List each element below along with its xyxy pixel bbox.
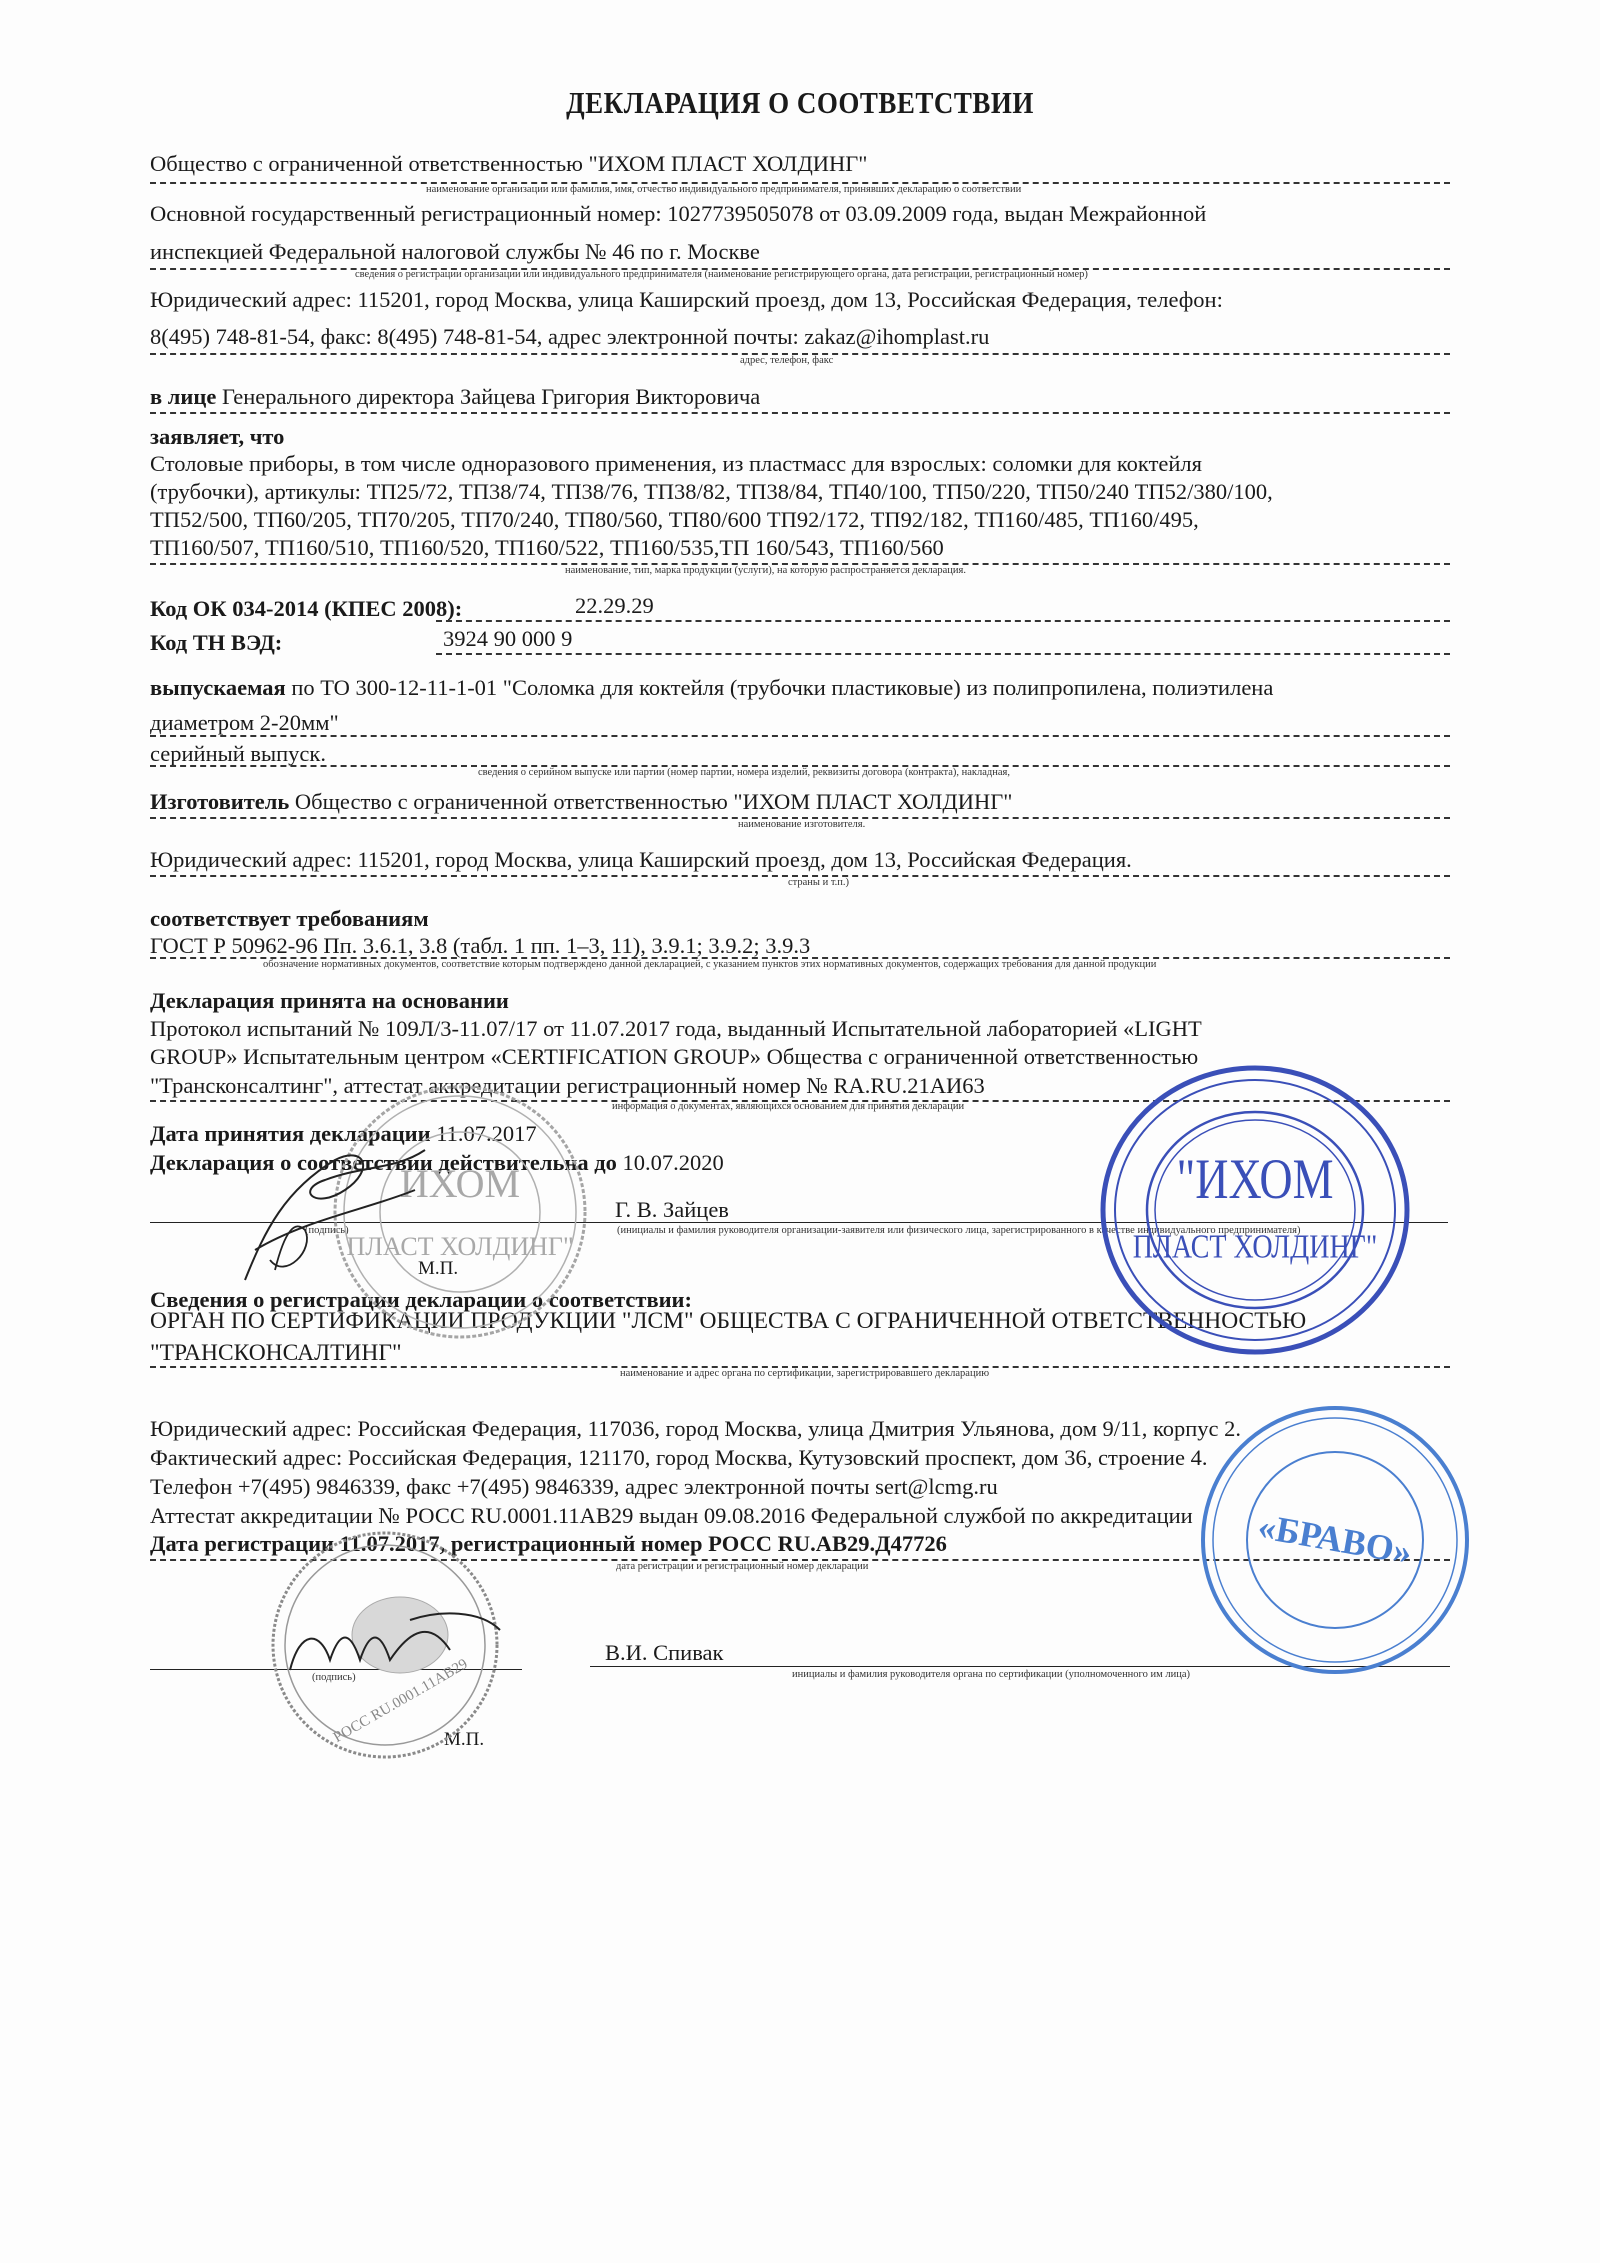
represented-by: Генерального директора Зайцева Григория …: [222, 384, 760, 409]
applicant-address-caption: адрес, телефон, факс: [740, 354, 833, 367]
applicant-registration-caption: сведения о регистрации организации или и…: [355, 268, 1088, 281]
conformity-caption: обозначение нормативных документов, соот…: [263, 958, 1156, 971]
code-ok-label: Код ОК 034-2014 (КПЕС 2008):: [150, 596, 462, 621]
product-line-4: ТП160/507, ТП160/510, ТП160/520, ТП160/5…: [150, 531, 1450, 565]
ihom-stamp-top: "ИХОМ: [1095, 1145, 1415, 1211]
serial-caption: сведения о серийном выпуске или партии (…: [478, 766, 1010, 779]
represented-rule: [150, 412, 1450, 414]
applicant-name-caption: наименование организации или фамилия, им…: [426, 183, 1021, 196]
body-signatory-caption: инициалы и фамилия руководителя органа п…: [792, 1668, 1190, 1681]
body-signatory-name: В.И. Спивак: [605, 1636, 723, 1670]
represented-label: в лице: [150, 384, 216, 409]
basis-caption: информация о документах, являющихся осно…: [612, 1100, 964, 1113]
applicant-registration-line1: Основной государственный регистрационный…: [150, 197, 1450, 231]
declaration-page: ДЕКЛАРАЦИЯ О СООТВЕТСТВИИ Общество с огр…: [0, 0, 1600, 2263]
produced-spec: по ТО 300-12-11-1-01 "Соломка для коктей…: [291, 675, 1273, 700]
applicant-name: Общество с ограниченной ответственностью…: [150, 147, 1450, 181]
valid-value: 10.07.2020: [623, 1150, 724, 1175]
manufacturer-address-caption: страны и т.п.): [788, 876, 849, 889]
manufacturer-name: Общество с ограниченной ответственностью…: [295, 789, 1012, 814]
document-title: ДЕКЛАРАЦИЯ О СООТВЕТСТВИИ: [0, 86, 1600, 121]
applicant-represented: в лице Генерального директора Зайцева Гр…: [150, 380, 1450, 414]
body-signature-icon: [280, 1590, 520, 1680]
code-ok-rule: [436, 620, 1450, 622]
applicant-signature-icon: [225, 1130, 445, 1290]
code-tnved-label: Код ТН ВЭД:: [150, 630, 282, 655]
code-tnved-rule: [436, 653, 1450, 655]
applicant-registration-line2: инспекцией Федеральной налоговой службы …: [150, 235, 1450, 269]
code-ok-value: 22.29.29: [575, 589, 654, 623]
produced-label: выпускаемая: [150, 675, 286, 700]
ihom-stamp: "ИХОМ ПЛАСТ ХОЛДИНГ": [1095, 1060, 1415, 1360]
produced-line1: выпускаемая по ТО 300-12-11-1-01 "Соломк…: [150, 671, 1450, 705]
manufacturer-row: Изготовитель Общество с ограниченной отв…: [150, 785, 1450, 819]
manufacturer-label: Изготовитель: [150, 789, 289, 814]
registration-date-caption: дата регистрации и регистрационный номер…: [616, 1560, 868, 1573]
applicant-address-line2: 8(495) 748-81-54, факс: 8(495) 748-81-54…: [150, 320, 1450, 354]
ihom-stamp-bottom: ПЛАСТ ХОЛДИНГ": [1095, 1229, 1415, 1267]
applicant-address-line1: Юридический адрес: 115201, город Москва,…: [150, 283, 1450, 317]
manufacturer-address: Юридический адрес: 115201, город Москва,…: [150, 843, 1450, 877]
product-caption: наименование, тип, марка продукции (услу…: [565, 564, 966, 577]
code-tnved-value: 3924 90 000 9: [443, 622, 572, 656]
manufacturer-caption: наименование изготовителя.: [738, 818, 865, 831]
registration-body-caption: наименование и адрес органа по сертифика…: [620, 1367, 989, 1380]
bravo-stamp: «БРАВО»: [1195, 1400, 1475, 1680]
